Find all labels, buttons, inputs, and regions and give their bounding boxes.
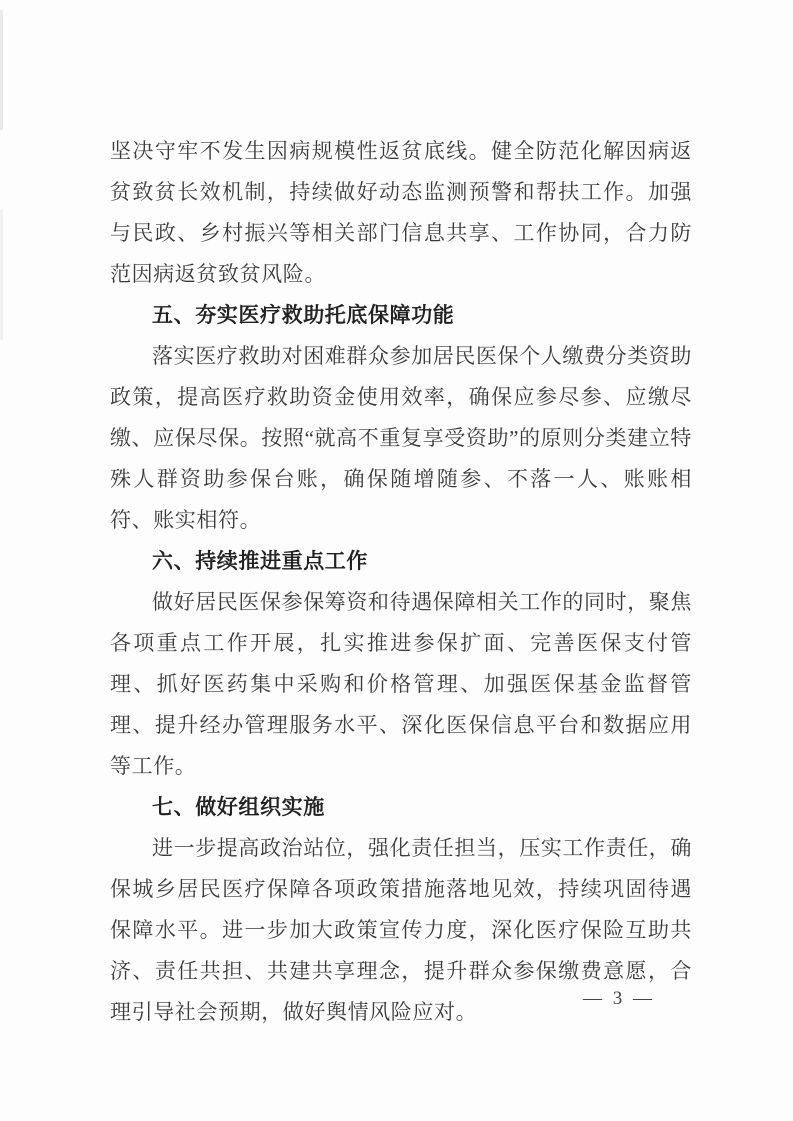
document-body: 坚决守牢不发生因病规模性返贫底线。健全防范化解因病返贫致贫长效机制，持续做好动态… — [110, 131, 692, 1033]
scan-artifact — [0, 10, 3, 130]
paragraph-section-six: 做好居民医保参保筹资和待遇保障相关工作的同时，聚焦各项重点工作开展，扎实推进参保… — [110, 582, 692, 787]
document-page: 坚决守牢不发生因病规模性返贫底线。健全防范化解因病返贫致贫长效机制，持续做好动态… — [0, 0, 793, 1121]
paragraph-carryover: 坚决守牢不发生因病规模性返贫底线。健全防范化解因病返贫致贫长效机制，持续做好动态… — [110, 131, 692, 295]
page-number: — 3 — — [583, 988, 655, 1010]
section-heading-seven: 七、做好组织实施 — [110, 787, 692, 828]
section-heading-five: 五、夯实医疗救助托底保障功能 — [110, 295, 692, 336]
paragraph-section-five: 落实医疗救助对困难群众参加居民医保个人缴费分类资助政策，提高医疗救助资金使用效率… — [110, 336, 692, 541]
scan-artifact — [0, 210, 3, 340]
section-heading-six: 六、持续推进重点工作 — [110, 541, 692, 582]
